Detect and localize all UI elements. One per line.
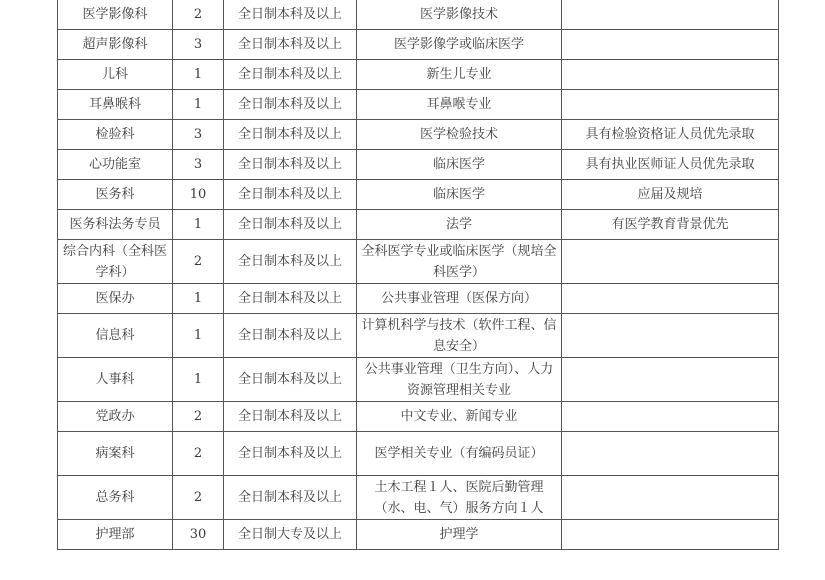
note-cell: 应届及规培 <box>562 180 779 210</box>
note-cell <box>562 240 779 284</box>
note-cell <box>562 520 779 550</box>
major-cell: 公共事业管理（卫生方向）、人力资源管理相关专业 <box>357 358 562 402</box>
department-cell: 医务科 <box>58 180 173 210</box>
major-cell: 新生儿专业 <box>357 60 562 90</box>
department-cell: 综合内科（全科医学科） <box>58 240 173 284</box>
education-cell: 全日制大专及以上 <box>224 520 357 550</box>
note-cell <box>562 476 779 520</box>
major-cell: 医学相关专业（有编码员证） <box>357 432 562 476</box>
major-cell: 医学检验技术 <box>357 120 562 150</box>
table-body: 医学影像科2全日制本科及以上医学影像技术超声影像科3全日制本科及以上医学影像学或… <box>58 0 779 550</box>
education-cell: 全日制本科及以上 <box>224 60 357 90</box>
education-cell: 全日制本科及以上 <box>224 210 357 240</box>
headcount-cell: 1 <box>173 210 224 240</box>
table-row: 人事科1全日制本科及以上公共事业管理（卫生方向）、人力资源管理相关专业 <box>58 358 779 402</box>
department-cell: 医务科法务专员 <box>58 210 173 240</box>
department-cell: 超声影像科 <box>58 30 173 60</box>
headcount-cell: 10 <box>173 180 224 210</box>
major-cell: 土木工程１人、医院后勤管理（水、电、气）服务方向１人 <box>357 476 562 520</box>
note-cell <box>562 314 779 358</box>
headcount-cell: 2 <box>173 476 224 520</box>
headcount-cell: 2 <box>173 240 224 284</box>
note-cell: 有医学教育背景优先 <box>562 210 779 240</box>
table-row: 耳鼻喉科1全日制本科及以上耳鼻喉专业 <box>58 90 779 120</box>
department-cell: 护理部 <box>58 520 173 550</box>
education-cell: 全日制本科及以上 <box>224 150 357 180</box>
headcount-cell: 1 <box>173 284 224 314</box>
table-row: 医学影像科2全日制本科及以上医学影像技术 <box>58 0 779 30</box>
major-cell: 临床医学 <box>357 180 562 210</box>
note-cell <box>562 432 779 476</box>
headcount-cell: 2 <box>173 432 224 476</box>
table-row: 护理部30全日制大专及以上护理学 <box>58 520 779 550</box>
note-cell <box>562 0 779 30</box>
note-cell: 具有执业医师证人员优先录取 <box>562 150 779 180</box>
education-cell: 全日制本科及以上 <box>224 90 357 120</box>
education-cell: 全日制本科及以上 <box>224 30 357 60</box>
department-cell: 儿科 <box>58 60 173 90</box>
note-cell <box>562 402 779 432</box>
table-row: 医务科10全日制本科及以上临床医学应届及规培 <box>58 180 779 210</box>
table-row: 总务科2全日制本科及以上土木工程１人、医院后勤管理（水、电、气）服务方向１人 <box>58 476 779 520</box>
table-row: 病案科2全日制本科及以上医学相关专业（有编码员证） <box>58 432 779 476</box>
department-cell: 总务科 <box>58 476 173 520</box>
headcount-cell: 2 <box>173 0 224 30</box>
note-cell: 具有检验资格证人员优先录取 <box>562 120 779 150</box>
education-cell: 全日制本科及以上 <box>224 358 357 402</box>
table-row: 医保办1全日制本科及以上公共事业管理（医保方向） <box>58 284 779 314</box>
major-cell: 耳鼻喉专业 <box>357 90 562 120</box>
headcount-cell: 30 <box>173 520 224 550</box>
education-cell: 全日制本科及以上 <box>224 120 357 150</box>
major-cell: 法学 <box>357 210 562 240</box>
table-row: 信息科1全日制本科及以上计算机科学与技术（软件工程、信息安全） <box>58 314 779 358</box>
recruitment-table: 医学影像科2全日制本科及以上医学影像技术超声影像科3全日制本科及以上医学影像学或… <box>57 0 779 550</box>
education-cell: 全日制本科及以上 <box>224 432 357 476</box>
department-cell: 人事科 <box>58 358 173 402</box>
education-cell: 全日制本科及以上 <box>224 180 357 210</box>
department-cell: 医学影像科 <box>58 0 173 30</box>
headcount-cell: 1 <box>173 358 224 402</box>
major-cell: 护理学 <box>357 520 562 550</box>
department-cell: 耳鼻喉科 <box>58 90 173 120</box>
headcount-cell: 2 <box>173 402 224 432</box>
education-cell: 全日制本科及以上 <box>224 476 357 520</box>
headcount-cell: 3 <box>173 150 224 180</box>
note-cell <box>562 358 779 402</box>
education-cell: 全日制本科及以上 <box>224 402 357 432</box>
major-cell: 临床医学 <box>357 150 562 180</box>
headcount-cell: 3 <box>173 30 224 60</box>
table-row: 检验科3全日制本科及以上医学检验技术具有检验资格证人员优先录取 <box>58 120 779 150</box>
headcount-cell: 3 <box>173 120 224 150</box>
education-cell: 全日制本科及以上 <box>224 0 357 30</box>
headcount-cell: 1 <box>173 90 224 120</box>
major-cell: 医学影像技术 <box>357 0 562 30</box>
headcount-cell: 1 <box>173 314 224 358</box>
table-row: 综合内科（全科医学科）2全日制本科及以上全科医学专业或临床医学（规培全科医学） <box>58 240 779 284</box>
major-cell: 全科医学专业或临床医学（规培全科医学） <box>357 240 562 284</box>
department-cell: 党政办 <box>58 402 173 432</box>
table-row: 党政办2全日制本科及以上中文专业、新闻专业 <box>58 402 779 432</box>
table-row: 儿科1全日制本科及以上新生儿专业 <box>58 60 779 90</box>
department-cell: 医保办 <box>58 284 173 314</box>
major-cell: 计算机科学与技术（软件工程、信息安全） <box>357 314 562 358</box>
note-cell <box>562 90 779 120</box>
department-cell: 检验科 <box>58 120 173 150</box>
education-cell: 全日制本科及以上 <box>224 314 357 358</box>
note-cell <box>562 284 779 314</box>
education-cell: 全日制本科及以上 <box>224 240 357 284</box>
major-cell: 公共事业管理（医保方向） <box>357 284 562 314</box>
education-cell: 全日制本科及以上 <box>224 284 357 314</box>
note-cell <box>562 60 779 90</box>
department-cell: 心功能室 <box>58 150 173 180</box>
department-cell: 信息科 <box>58 314 173 358</box>
table-row: 心功能室3全日制本科及以上临床医学具有执业医师证人员优先录取 <box>58 150 779 180</box>
headcount-cell: 1 <box>173 60 224 90</box>
major-cell: 医学影像学或临床医学 <box>357 30 562 60</box>
department-cell: 病案科 <box>58 432 173 476</box>
note-cell <box>562 30 779 60</box>
table-row: 超声影像科3全日制本科及以上医学影像学或临床医学 <box>58 30 779 60</box>
table-row: 医务科法务专员1全日制本科及以上法学有医学教育背景优先 <box>58 210 779 240</box>
major-cell: 中文专业、新闻专业 <box>357 402 562 432</box>
